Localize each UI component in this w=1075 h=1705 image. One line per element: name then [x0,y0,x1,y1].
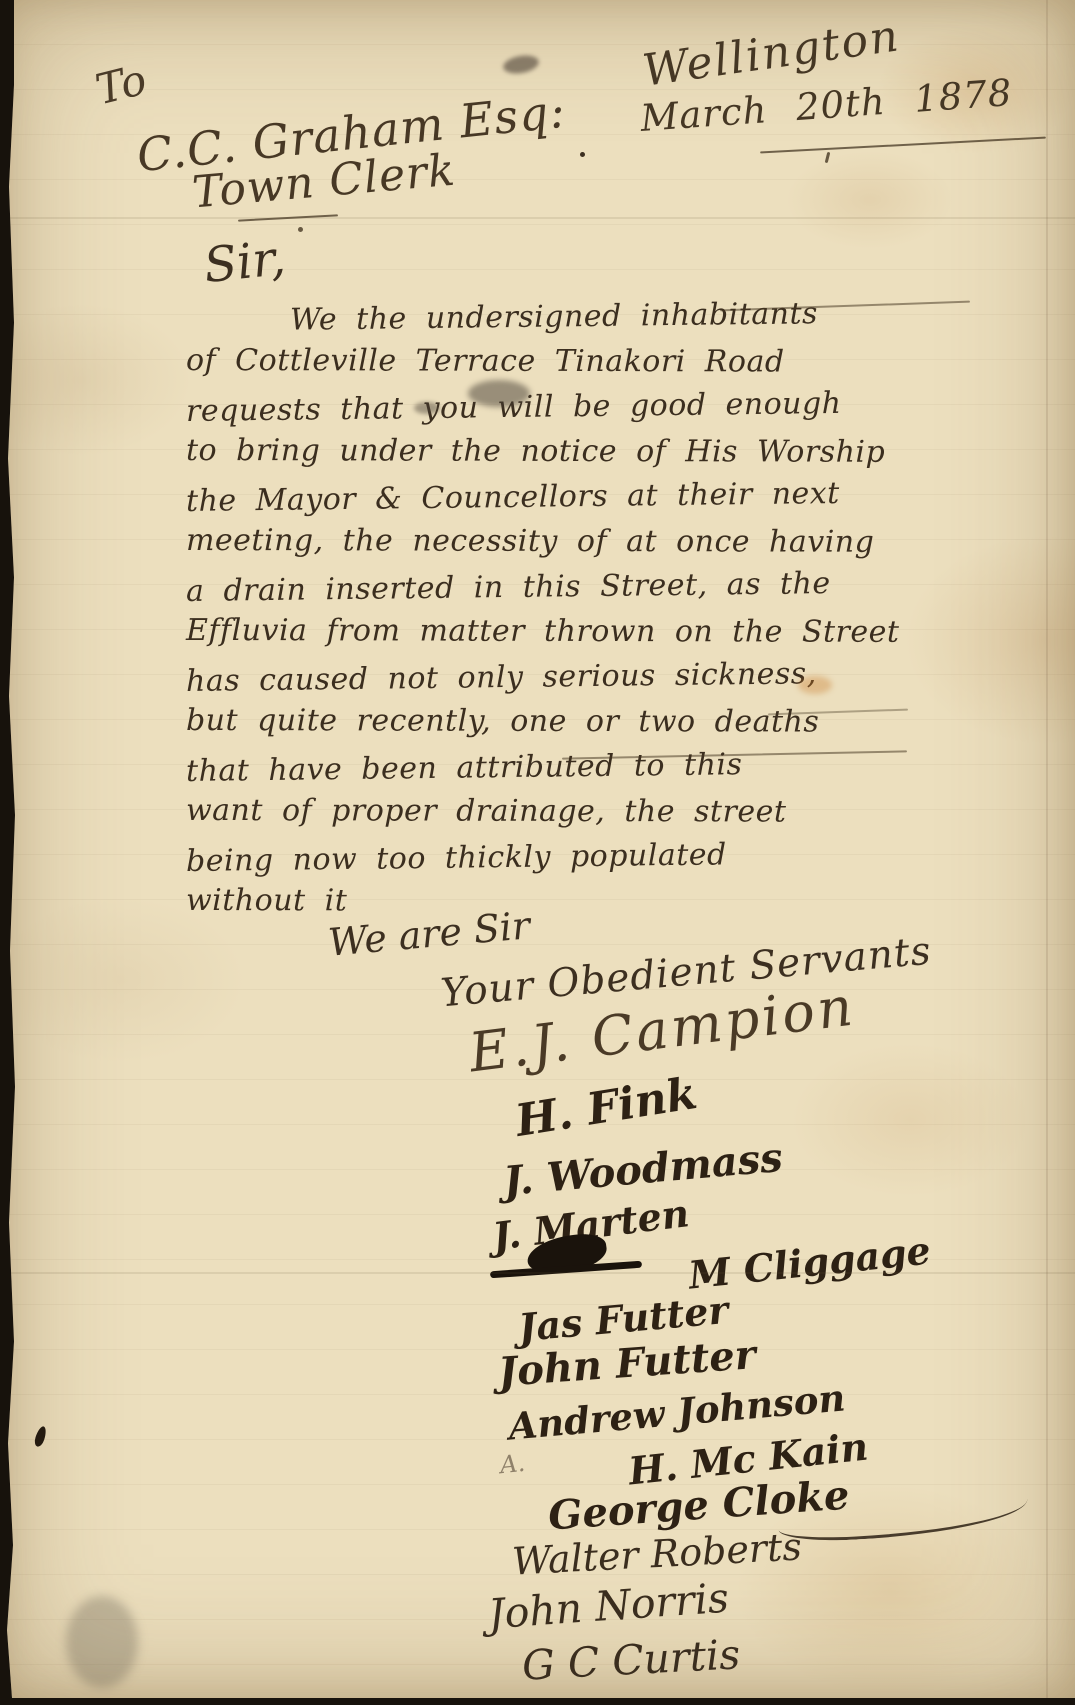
pencil-note: A. [499,1449,527,1479]
fold-crease-vertical [1046,0,1048,1698]
paper-sheet: Wellington March 20th 1878 To C.C. Graha… [0,0,1075,1698]
fold-crease-lower [0,1272,1075,1274]
signature-list: H. Fink J. Woodmass J. Marten M Cliggage… [0,0,1075,1698]
signature-fink: H. Fink [512,1068,700,1147]
signature-norris: John Norris [487,1574,731,1639]
stain-orange [798,676,832,694]
smudge-requests-small [414,402,440,414]
smudge-requests [468,380,530,407]
signature-curtis: G C Curtis [521,1630,741,1689]
fold-crease-upper [0,217,1075,219]
smudge-bottom-left [66,1596,138,1688]
scanned-letter: Wellington March 20th 1878 To C.C. Graha… [0,0,1075,1705]
